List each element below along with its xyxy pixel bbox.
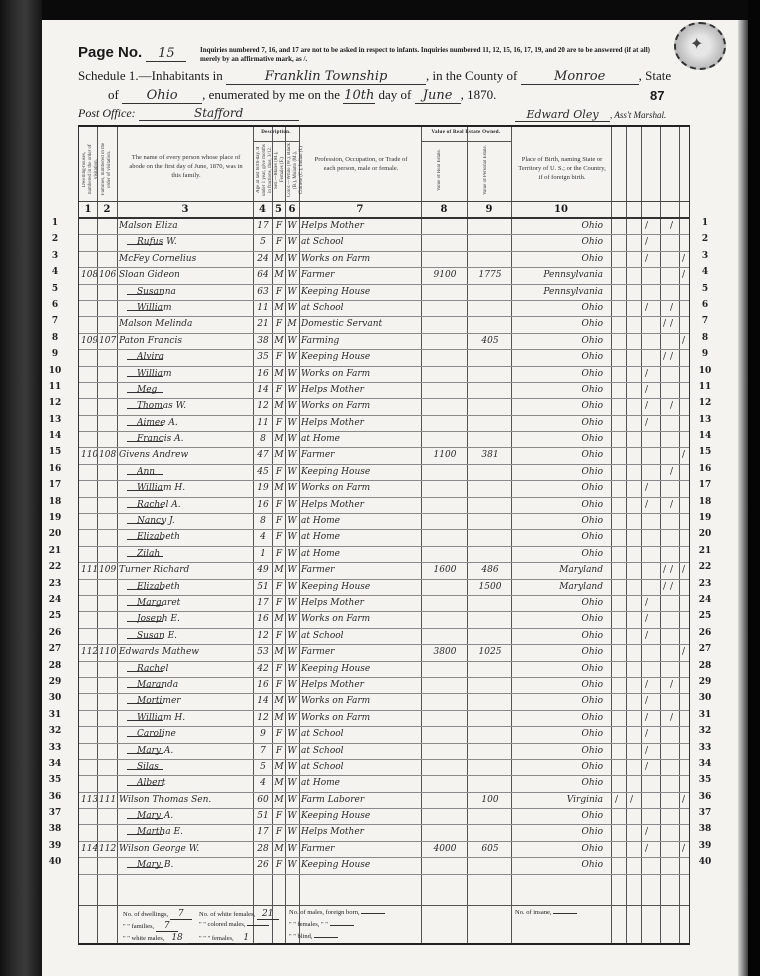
age: 51 bbox=[255, 582, 271, 592]
line-number: 6 bbox=[690, 297, 720, 313]
col-num-7: 7 bbox=[299, 204, 421, 215]
color: W bbox=[286, 418, 298, 428]
personal-estate-value: 405 bbox=[469, 336, 511, 346]
affirmative-mark-c17: / bbox=[670, 467, 673, 477]
col-5-header: Sex.—Males (M.), Females (F.) bbox=[274, 143, 284, 197]
sex: F bbox=[273, 352, 285, 362]
line-number: 30 bbox=[44, 690, 66, 706]
header-separator bbox=[79, 201, 689, 202]
person-name: Alvira bbox=[137, 352, 269, 362]
birthplace: Ohio bbox=[513, 401, 609, 411]
line-number: 5 bbox=[44, 281, 66, 297]
age: 7 bbox=[255, 746, 271, 756]
enumerated-label: , enumerated by me on the bbox=[202, 87, 340, 102]
birthplace: Maryland bbox=[513, 582, 609, 592]
line-number: 29 bbox=[44, 674, 66, 690]
person-name: Wilson George W. bbox=[119, 844, 251, 854]
line-number: 9 bbox=[44, 346, 66, 362]
birthplace: Ohio bbox=[513, 467, 609, 477]
affirmative-mark-c15: / bbox=[645, 729, 648, 739]
person-name: Mary A. bbox=[137, 746, 269, 756]
birthplace: Ohio bbox=[513, 827, 609, 837]
affirmative-mark-c15: / bbox=[645, 631, 648, 641]
line-number: 33 bbox=[690, 740, 720, 756]
state-line: of Ohio, enumerated by me on the 10th da… bbox=[108, 87, 496, 104]
line-number: 2 bbox=[690, 231, 720, 247]
person-name: Elizabeth bbox=[137, 532, 269, 542]
col-num-3: 3 bbox=[117, 204, 253, 215]
sex: F bbox=[273, 860, 285, 870]
age: 9 bbox=[255, 729, 271, 739]
line-number: 7 bbox=[690, 313, 720, 329]
line-number: 20 bbox=[690, 526, 720, 542]
occupation: at School bbox=[301, 303, 419, 313]
line-number: 32 bbox=[44, 723, 66, 739]
day-field: 10th bbox=[343, 88, 375, 104]
color: W bbox=[286, 434, 298, 444]
occupation: Domestic Servant bbox=[301, 319, 419, 329]
age: 17 bbox=[255, 221, 271, 231]
age: 11 bbox=[255, 418, 271, 428]
page-label: Page No. bbox=[78, 44, 142, 61]
personal-estate-value: 1025 bbox=[469, 647, 511, 657]
line-number: 23 bbox=[690, 576, 720, 592]
color: W bbox=[286, 827, 298, 837]
line-number: 36 bbox=[690, 789, 720, 805]
line-number: 2 bbox=[44, 231, 66, 247]
sex: F bbox=[273, 467, 285, 477]
age: 16 bbox=[255, 614, 271, 624]
birthplace: Ohio bbox=[513, 532, 609, 542]
sex: F bbox=[273, 418, 285, 428]
birthplace: Virginia bbox=[513, 795, 609, 805]
sex: M bbox=[273, 565, 285, 575]
line-number: 29 bbox=[690, 674, 720, 690]
scan-top-border bbox=[0, 0, 760, 20]
occupation: Works on Farm bbox=[301, 254, 419, 264]
sex: M bbox=[273, 254, 285, 264]
line-number: 17 bbox=[690, 477, 720, 493]
birthplace: Ohio bbox=[513, 254, 609, 264]
col-1-header: Dwelling-houses, numbered in the order o… bbox=[82, 141, 94, 197]
sex: M bbox=[273, 844, 285, 854]
table-row: Silas5MWat SchoolOhio/ bbox=[79, 760, 689, 776]
birthplace: Ohio bbox=[513, 614, 609, 624]
birthplace: Ohio bbox=[513, 303, 609, 313]
line-number: 15 bbox=[690, 444, 720, 460]
sex: M bbox=[273, 696, 285, 706]
line-number: 20 bbox=[44, 526, 66, 542]
person-name: Malson Melinda bbox=[119, 319, 251, 329]
day-of-label: day of bbox=[379, 87, 412, 102]
person-name: Margaret bbox=[137, 598, 269, 608]
color: W bbox=[286, 450, 298, 460]
summary-white-males: " " white males, 18 bbox=[123, 933, 188, 944]
line-number: 39 bbox=[44, 838, 66, 854]
line-number: 7 bbox=[44, 313, 66, 329]
scan-right-border bbox=[748, 0, 760, 976]
occupation: Farmer bbox=[301, 844, 419, 854]
birthplace: Ohio bbox=[513, 729, 609, 739]
occupation: at Home bbox=[301, 516, 419, 526]
line-number: 39 bbox=[690, 838, 720, 854]
line-number: 21 bbox=[44, 543, 66, 559]
age: 42 bbox=[255, 664, 271, 674]
line-number: 18 bbox=[44, 494, 66, 510]
marshal-line: Edward Oley, Ass't Marshal. bbox=[515, 108, 666, 122]
affirmative-mark-c19: / bbox=[682, 270, 685, 280]
sex: F bbox=[273, 237, 285, 247]
line-number: 27 bbox=[690, 641, 720, 657]
occupation: Helps Mother bbox=[301, 418, 419, 428]
age: 45 bbox=[255, 467, 271, 477]
age: 49 bbox=[255, 565, 271, 575]
personal-estate-value: 1775 bbox=[469, 270, 511, 280]
color: W bbox=[286, 369, 298, 379]
birthplace: Ohio bbox=[513, 680, 609, 690]
affirmative-mark-c15: / bbox=[645, 369, 648, 379]
occupation: Keeping House bbox=[301, 811, 419, 821]
occupation: Farmer bbox=[301, 647, 419, 657]
sex: F bbox=[273, 319, 285, 329]
age: 4 bbox=[255, 532, 271, 542]
real-estate-value: 1100 bbox=[423, 450, 467, 460]
sex: M bbox=[273, 762, 285, 772]
sex: F bbox=[273, 221, 285, 231]
color: W bbox=[286, 483, 298, 493]
table-row: Joseph E.16MWWorks on FarmOhio/ bbox=[79, 612, 689, 628]
col-3-header: The name of every person whose place of … bbox=[127, 153, 245, 180]
person-name: Turner Richard bbox=[119, 565, 251, 575]
group-description: Description. bbox=[253, 130, 299, 142]
affirmative-mark-c17: / bbox=[670, 352, 673, 362]
age: 63 bbox=[255, 287, 271, 297]
person-name: Caroline bbox=[137, 729, 269, 739]
line-number: 26 bbox=[690, 625, 720, 641]
table-row: William H.12MWWorks on FarmOhio// bbox=[79, 711, 689, 727]
person-name: Givens Andrew bbox=[119, 450, 251, 460]
line-number: 17 bbox=[44, 477, 66, 493]
affirmative-mark-c17: / bbox=[670, 582, 673, 592]
table-row: 110108Givens Andrew47MWFarmer1100381Ohio… bbox=[79, 448, 689, 464]
occupation: Farm Laborer bbox=[301, 795, 419, 805]
line-number: 31 bbox=[44, 707, 66, 723]
color: W bbox=[286, 844, 298, 854]
table-row: Rufus W.5FWat SchoolOhio/ bbox=[79, 235, 689, 251]
occupation: Helps Mother bbox=[301, 827, 419, 837]
occupation: at Home bbox=[301, 778, 419, 788]
color: W bbox=[286, 549, 298, 559]
affirmative-mark-c15: / bbox=[645, 401, 648, 411]
color: W bbox=[286, 237, 298, 247]
line-number: 40 bbox=[690, 854, 720, 870]
birthplace: Ohio bbox=[513, 516, 609, 526]
line-number: 28 bbox=[44, 658, 66, 674]
family-number: 106 bbox=[99, 270, 117, 280]
color: W bbox=[286, 664, 298, 674]
age: 16 bbox=[255, 500, 271, 510]
table-row: Malson Melinda21FMDomestic ServantOhio// bbox=[79, 317, 689, 333]
affirmative-mark-c15: / bbox=[645, 713, 648, 723]
occupation: at School bbox=[301, 729, 419, 739]
affirmative-mark-c15: / bbox=[645, 237, 648, 247]
occupation: Helps Mother bbox=[301, 221, 419, 231]
person-name: Mary A. bbox=[137, 811, 269, 821]
affirmative-mark-c15: / bbox=[645, 418, 648, 428]
township-field: Franklin Township bbox=[226, 69, 426, 85]
occupation: Keeping House bbox=[301, 352, 419, 362]
occupation: Keeping House bbox=[301, 467, 419, 477]
summary-foreign-females: " " females, " " bbox=[289, 921, 354, 928]
table-row: 109107Paton Francis38MWFarming405Ohio/ bbox=[79, 334, 689, 350]
affirmative-mark-c16: / bbox=[663, 582, 666, 592]
age: 14 bbox=[255, 696, 271, 706]
table-row: Zilah1FWat HomeOhio bbox=[79, 547, 689, 563]
table-row: Francis A.8MWat HomeOhio bbox=[79, 432, 689, 448]
sex: M bbox=[273, 614, 285, 624]
line-numbers-left: 1234567891011121314151617181920212223242… bbox=[44, 215, 66, 871]
table-row: Rachel42FWKeeping HouseOhio bbox=[79, 662, 689, 678]
color: W bbox=[286, 778, 298, 788]
occupation: Works on Farm bbox=[301, 401, 419, 411]
birthplace: Ohio bbox=[513, 450, 609, 460]
color: W bbox=[286, 860, 298, 870]
birthplace: Ohio bbox=[513, 631, 609, 641]
person-name: Silas bbox=[137, 762, 269, 772]
table-row: Elizabeth4FWat HomeOhio bbox=[79, 530, 689, 546]
occupation: Farmer bbox=[301, 270, 419, 280]
age: 12 bbox=[255, 713, 271, 723]
color: W bbox=[286, 467, 298, 477]
state-field: Ohio bbox=[122, 88, 202, 104]
family-number: 109 bbox=[99, 565, 117, 575]
birthplace: Ohio bbox=[513, 713, 609, 723]
color: W bbox=[286, 352, 298, 362]
color: W bbox=[286, 582, 298, 592]
table-row: William H.19MWWorks on FarmOhio/ bbox=[79, 481, 689, 497]
col-7-header: Profession, Occupation, or Trade of each… bbox=[311, 155, 411, 173]
personal-estate-value: 1500 bbox=[469, 582, 511, 592]
color: W bbox=[286, 385, 298, 395]
birthplace: Ohio bbox=[513, 483, 609, 493]
line-number: 3 bbox=[690, 248, 720, 264]
col-num-10: 10 bbox=[511, 204, 611, 215]
birthplace: Ohio bbox=[513, 336, 609, 346]
table-row: Ann45FWKeeping HouseOhio/ bbox=[79, 465, 689, 481]
color: W bbox=[286, 221, 298, 231]
birthplace: Ohio bbox=[513, 418, 609, 428]
summary-colored-males: " " colored males, bbox=[199, 921, 269, 928]
line-number: 25 bbox=[690, 608, 720, 624]
affirmative-mark-c19: / bbox=[682, 795, 685, 805]
affirmative-mark-c11: / bbox=[615, 795, 618, 805]
affirmative-mark-c17: / bbox=[670, 713, 673, 723]
age: 4 bbox=[255, 778, 271, 788]
line-number: 4 bbox=[690, 264, 720, 280]
person-name: William H. bbox=[137, 483, 269, 493]
family-number: 111 bbox=[99, 795, 117, 805]
table-row: William16MWWorks on FarmOhio/ bbox=[79, 367, 689, 383]
color: W bbox=[286, 614, 298, 624]
real-estate-value: 4000 bbox=[423, 844, 467, 854]
birthplace: Ohio bbox=[513, 778, 609, 788]
age: 12 bbox=[255, 401, 271, 411]
table-row: Margaret17FWHelps MotherOhio/ bbox=[79, 596, 689, 612]
sex: F bbox=[273, 598, 285, 608]
color: W bbox=[286, 254, 298, 264]
family-number: 110 bbox=[99, 647, 117, 657]
table-row: Martha E.17FWHelps MotherOhio/ bbox=[79, 825, 689, 841]
age: 64 bbox=[255, 270, 271, 280]
line-number: 37 bbox=[690, 805, 720, 821]
col-2-header: Families, numbered in the order of visit… bbox=[101, 141, 113, 197]
birthplace: Ohio bbox=[513, 746, 609, 756]
personal-estate-value: 605 bbox=[469, 844, 511, 854]
post-office-label: Post Office: bbox=[78, 106, 136, 120]
census-table: Dwelling-houses, numbered in the order o… bbox=[78, 125, 690, 945]
sex: M bbox=[273, 647, 285, 657]
line-number: 13 bbox=[44, 412, 66, 428]
family-number: 112 bbox=[99, 844, 117, 854]
dwelling-number: 113 bbox=[81, 795, 97, 805]
line-number: 1 bbox=[690, 215, 720, 231]
table-row: Mary B.26FWKeeping HouseOhio bbox=[79, 858, 689, 874]
affirmative-mark-c19: / bbox=[682, 450, 685, 460]
sex: F bbox=[273, 811, 285, 821]
summary-colored-females: " " " females, 1 bbox=[199, 933, 257, 944]
color: W bbox=[286, 287, 298, 297]
age: 11 bbox=[255, 303, 271, 313]
age: 51 bbox=[255, 811, 271, 821]
line-number: 38 bbox=[44, 821, 66, 837]
sex: F bbox=[273, 500, 285, 510]
table-row: Alvira35FWKeeping HouseOhio// bbox=[79, 350, 689, 366]
age: 8 bbox=[255, 434, 271, 444]
line-number: 37 bbox=[44, 805, 66, 821]
sex: F bbox=[273, 664, 285, 674]
line-number: 19 bbox=[690, 510, 720, 526]
inquiries-note: Inquiries numbered 7, 16, and 17 are not… bbox=[200, 46, 670, 64]
line-number: 33 bbox=[44, 740, 66, 756]
person-name: Francis A. bbox=[137, 434, 269, 444]
dwelling-number: 112 bbox=[81, 647, 97, 657]
occupation: at School bbox=[301, 631, 419, 641]
person-name: Albert bbox=[137, 778, 269, 788]
line-number: 11 bbox=[44, 379, 66, 395]
line-number: 36 bbox=[44, 789, 66, 805]
person-name: Edwards Mathew bbox=[119, 647, 251, 657]
line-number: 8 bbox=[690, 330, 720, 346]
table-row: McFey Cornelius24MWWorks on FarmOhio// bbox=[79, 252, 689, 268]
person-name: Paton Francis bbox=[119, 336, 251, 346]
line-number: 9 bbox=[690, 346, 720, 362]
occupation: Farmer bbox=[301, 565, 419, 575]
person-name: Mortimer bbox=[137, 696, 269, 706]
age: 8 bbox=[255, 516, 271, 526]
color: W bbox=[286, 598, 298, 608]
sex: F bbox=[273, 385, 285, 395]
affirmative-mark-c17: / bbox=[670, 303, 673, 313]
occupation: Farmer bbox=[301, 450, 419, 460]
census-rows: Malson Eliza17FWHelps MotherOhio//Rufus … bbox=[79, 219, 689, 875]
age: 16 bbox=[255, 369, 271, 379]
affirmative-mark-c15: / bbox=[645, 385, 648, 395]
occupation: Keeping House bbox=[301, 287, 419, 297]
of-label: of bbox=[108, 87, 119, 102]
occupation: at Home bbox=[301, 434, 419, 444]
affirmative-mark-c15: / bbox=[645, 680, 648, 690]
person-name: Aimee A. bbox=[137, 418, 269, 428]
affirmative-mark-c17: / bbox=[670, 401, 673, 411]
person-name: Elizabeth bbox=[137, 582, 269, 592]
birthplace: Ohio bbox=[513, 664, 609, 674]
table-row: Maranda16FWHelps MotherOhio// bbox=[79, 678, 689, 694]
sex: F bbox=[273, 582, 285, 592]
birthplace: Ohio bbox=[513, 352, 609, 362]
birthplace: Ohio bbox=[513, 221, 609, 231]
table-row: Meg14FWHelps MotherOhio/ bbox=[79, 383, 689, 399]
col-num-6: 6 bbox=[285, 204, 299, 215]
line-number: 4 bbox=[44, 264, 66, 280]
schedule-line: Schedule 1.—Inhabitants in Franklin Town… bbox=[78, 68, 671, 85]
sex: F bbox=[273, 827, 285, 837]
sex: F bbox=[273, 680, 285, 690]
occupation: Works on Farm bbox=[301, 369, 419, 379]
sex: F bbox=[273, 516, 285, 526]
person-name: Zilah bbox=[137, 549, 269, 559]
page-number: 15 bbox=[146, 46, 186, 62]
color: W bbox=[286, 516, 298, 526]
table-row: 112110Edwards Mathew53MWFarmer38001025Oh… bbox=[79, 645, 689, 661]
occupation: at School bbox=[301, 746, 419, 756]
person-name: Nancy J. bbox=[137, 516, 269, 526]
dwelling-number: 108 bbox=[81, 270, 97, 280]
table-row: Caroline9FWat SchoolOhio/ bbox=[79, 727, 689, 743]
affirmative-mark-c15: / bbox=[645, 696, 648, 706]
sex: F bbox=[273, 729, 285, 739]
summary-families: " " families, 7 bbox=[123, 921, 178, 932]
table-row: Aimee A.11FWHelps MotherOhio/ bbox=[79, 416, 689, 432]
table-row: 114112Wilson George W.28MWFarmer4000605O… bbox=[79, 842, 689, 858]
age: 26 bbox=[255, 860, 271, 870]
person-name: McFey Cornelius bbox=[119, 254, 251, 264]
affirmative-mark-c17: / bbox=[670, 319, 673, 329]
table-row: Malson Eliza17FWHelps MotherOhio// bbox=[79, 219, 689, 235]
line-number: 25 bbox=[44, 608, 66, 624]
occupation: Helps Mother bbox=[301, 680, 419, 690]
line-number: 32 bbox=[690, 723, 720, 739]
sex: M bbox=[273, 795, 285, 805]
person-name: Martha E. bbox=[137, 827, 269, 837]
occupation: Helps Mother bbox=[301, 598, 419, 608]
birthplace: Ohio bbox=[513, 844, 609, 854]
occupation: Keeping House bbox=[301, 664, 419, 674]
affirmative-mark-c15: / bbox=[645, 827, 648, 837]
affirmative-mark-c12: / bbox=[630, 795, 633, 805]
birthplace: Pennsylvania bbox=[513, 270, 609, 280]
age: 12 bbox=[255, 631, 271, 641]
marshal-signature: Edward Oley bbox=[515, 108, 610, 122]
age: 35 bbox=[255, 352, 271, 362]
person-name: Mary B. bbox=[137, 860, 269, 870]
color: W bbox=[286, 795, 298, 805]
table-row: Mary A.7FWat SchoolOhio/ bbox=[79, 744, 689, 760]
col-8-header: Value of Real Estate. bbox=[437, 143, 449, 197]
color: W bbox=[286, 696, 298, 706]
age: 5 bbox=[255, 762, 271, 772]
age: 28 bbox=[255, 844, 271, 854]
page-summary: No. of dwellings, 7 " " families, 7 " " … bbox=[79, 905, 689, 943]
